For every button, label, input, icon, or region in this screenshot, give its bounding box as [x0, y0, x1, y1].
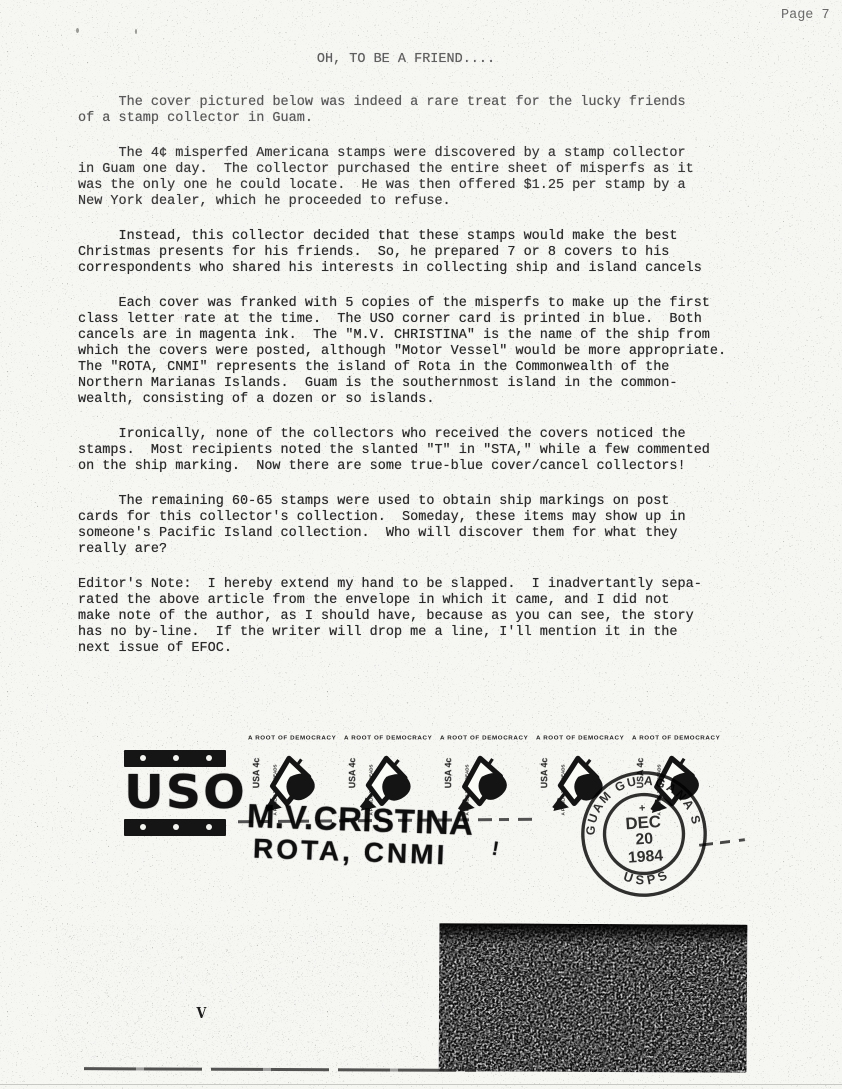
article-body: OH, TO BE A FRIEND.... The cover picture…	[78, 52, 754, 676]
ship-cancel-mark: !	[490, 839, 500, 862]
uso-top-bar	[124, 750, 226, 767]
flag-design-graphic	[258, 747, 320, 819]
stamp-top-inscription: A ROOT OF DEMOCRACY	[440, 735, 528, 741]
flag-design-graphic	[640, 745, 706, 820]
stamp-denomination: USA 4c	[252, 758, 262, 788]
scan-edge-line	[0, 1084, 842, 1085]
stamp-side-inscription: A PUBLIC THAT READS	[561, 765, 566, 816]
stamp-side-inscription: A PUBLIC THAT READS	[465, 765, 470, 816]
postmark-inner-ring	[602, 792, 686, 876]
ship-cancel-line2: ROTA, CNMI	[253, 833, 448, 872]
stamp-denomination: USA 4c	[348, 758, 358, 788]
stamp-top-inscription: A ROOT OF DEMOCRACY	[632, 735, 720, 741]
paragraph: The cover pictured below was indeed a ra…	[78, 95, 754, 127]
dark-photo-block	[439, 923, 748, 1073]
flag-design-graphic	[352, 745, 418, 820]
stray-ink-mark: V	[197, 1006, 207, 1023]
svg-text:GUAM GU AGANA STA: GUAM GU AGANA STA	[565, 755, 704, 838]
postmark-outer-ring	[579, 769, 710, 900]
ship-cancel-line1: M.V.CRISTINA	[246, 797, 474, 843]
stamp-side-inscription: A PUBLIC THAT READS	[657, 765, 662, 816]
paragraph: The 4¢ misperfed Americana stamps were d…	[78, 146, 754, 210]
uso-bottom-bar	[124, 819, 226, 836]
ink-speck	[76, 28, 79, 33]
stamp-side-inscription: A PUBLIC THAT READS	[273, 765, 278, 816]
stamp-denomination: USA 4c	[636, 758, 646, 788]
postmark-usps-text: USPS	[621, 865, 673, 889]
postmark-year: 1984	[628, 847, 664, 866]
paragraph: The remaining 60-65 stamps were used to …	[78, 494, 754, 558]
svg-text:USPS: USPS	[621, 865, 673, 889]
stamp: A ROOT OF DEMOCRACY USA 4c A PUBLIC THAT…	[336, 733, 432, 833]
stamp-top-inscription: A ROOT OF DEMOCRACY	[344, 735, 432, 741]
page-number: Page 7	[781, 8, 830, 23]
postmark-month: DEC	[625, 812, 662, 833]
scanned-page: Page 7 OH, TO BE A FRIEND.... The cover …	[0, 0, 842, 1089]
stamp-denomination: USA 4c	[444, 758, 454, 788]
ink-speck	[135, 29, 137, 34]
stamp-strip: A ROOT OF DEMOCRACY USA 4c A PUBLIC THAT…	[240, 733, 720, 833]
uso-bar-dot	[206, 755, 212, 761]
cancel-smear-line	[238, 818, 538, 824]
cancel-smear-line	[699, 838, 745, 847]
article-title: OH, TO BE A FRIEND....	[78, 52, 734, 68]
uso-bar-dot	[140, 755, 146, 761]
flag-design-graphic	[545, 746, 609, 820]
uso-logo-text: USO	[124, 768, 226, 817]
flag-design-graphic	[449, 746, 513, 820]
stamp: A ROOT OF DEMOCRACY USA 4c A PUBLIC THAT…	[528, 733, 624, 833]
editors-note: Editor's Note: I hereby extend my hand t…	[78, 577, 754, 657]
stamp-denomination: USA 4c	[540, 758, 550, 788]
paragraph: Ironically, none of the collectors who r…	[78, 427, 754, 475]
stamp-top-inscription: A ROOT OF DEMOCRACY	[248, 735, 336, 741]
postmark-arc-text: GUAM GU AGANA STA	[565, 755, 704, 838]
stamp-top-inscription: A ROOT OF DEMOCRACY	[536, 735, 624, 741]
uso-bar-dot	[173, 824, 179, 830]
uso-corner-card: USO	[124, 750, 226, 836]
stamp-side-inscription: A PUBLIC THAT READS	[369, 765, 374, 816]
paragraph: Each cover was franked with 5 copies of …	[78, 296, 754, 408]
envelope-edge-line	[84, 1067, 476, 1071]
paragraph: Instead, this collector decided that the…	[78, 229, 754, 277]
uso-bar-dot	[140, 824, 146, 830]
stamp: A ROOT OF DEMOCRACY USA 4c A PUBLIC THAT…	[432, 733, 528, 833]
stamp: A ROOT OF DEMOCRACY USA 4c A PUBLIC THAT…	[624, 733, 720, 833]
uso-bar-dot	[173, 755, 179, 761]
stamp: A ROOT OF DEMOCRACY USA 4c A PUBLIC THAT…	[240, 733, 336, 833]
uso-bar-dot	[206, 824, 212, 830]
postmark-day: 20	[635, 830, 654, 848]
postmark-star-mark: +	[639, 802, 646, 814]
circular-date-stamp: GUAM GU AGANA STA USPS + DEC 20 1984	[565, 755, 723, 913]
